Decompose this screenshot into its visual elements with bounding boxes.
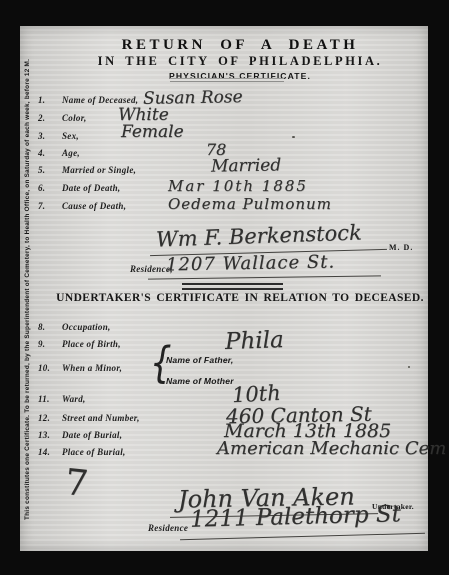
section-divider-double-rule: [182, 283, 283, 290]
value-date-of-death: Mar 10th 1885: [168, 179, 308, 194]
field-label: Name of Deceased,: [62, 95, 138, 105]
md-suffix: M. D.: [389, 243, 413, 252]
field-label: Date of Burial,: [62, 430, 122, 440]
side-margin-note: This constitutes one Certificate. To be …: [24, 40, 38, 538]
residence-line: [148, 275, 381, 280]
value-sex: Female: [121, 124, 184, 141]
field-number: 10.: [38, 363, 62, 373]
heading-double-rule: [170, 78, 284, 82]
undertaker-certificate-heading: UNDERTAKER'S CERTIFICATE IN RELATION TO …: [54, 292, 426, 304]
field-label: Place of Burial,: [62, 447, 126, 457]
field-row-date-of-burial: 13.Date of Burial,: [38, 430, 122, 440]
field-row-name-of-deceased: 1.Name of Deceased,: [38, 95, 138, 105]
field-label: Color,: [62, 113, 87, 123]
field-number: 5.: [38, 165, 62, 175]
value-place-of-birth: Phila: [225, 329, 284, 354]
field-label: Ward,: [62, 394, 86, 404]
undertaker-residence-line: [180, 533, 425, 541]
field-number: 11.: [38, 394, 62, 404]
field-number: 13.: [38, 430, 62, 440]
undertaker-residence-label: Residence: [148, 523, 188, 533]
value-married-or-single: Married: [211, 157, 281, 175]
undertaker-residence-value: 1211 Palethorp St: [190, 503, 401, 532]
field-number: 14.: [38, 447, 62, 457]
field-label: Age,: [62, 148, 80, 158]
field-row-married-or-single: 5.Married or Single,: [38, 165, 136, 175]
scanned-photo-frame: This constitutes one Certificate. To be …: [0, 0, 449, 575]
field-row-when-a-minor: 10.When a Minor, { Name of Father, Name …: [38, 353, 398, 393]
field-row-occupation: 8.Occupation,: [38, 322, 111, 332]
physician-residence-value: 1207 Wallace St.: [166, 254, 335, 275]
field-number: 6.: [38, 183, 62, 193]
field-row-place-of-birth: 9.Place of Birth,: [38, 339, 121, 349]
field-label: When a Minor,: [62, 363, 122, 373]
physician-signature: Wm F. Berkenstock: [156, 222, 362, 250]
field-label: Occupation,: [62, 322, 111, 332]
field-number: 3.: [38, 131, 62, 141]
field-row-date-of-death: 6.Date of Death,: [38, 183, 120, 193]
value-place-of-burial: American Mechanic Cem: [217, 440, 446, 458]
field-number: 9.: [38, 339, 62, 349]
field-row-sex: 3.Sex,: [38, 131, 79, 141]
field-number-and-label: 10.When a Minor,: [38, 363, 122, 373]
noise-speck: [408, 366, 410, 368]
field-label: Cause of Death,: [62, 201, 126, 211]
field-label: Street and Number,: [62, 413, 140, 423]
document-subtitle: IN THE CITY OF PHILADELPHIA.: [54, 54, 426, 69]
field-label: Married or Single,: [62, 165, 136, 175]
margin-number: 7: [63, 465, 90, 503]
field-number: 4.: [38, 148, 62, 158]
field-label: Place of Birth,: [62, 339, 121, 349]
value-cause-of-death: Oedema Pulmonum: [168, 197, 332, 212]
field-number: 8.: [38, 322, 62, 332]
name-of-father-label: Name of Father,: [166, 355, 233, 365]
field-row-ward: 11.Ward,: [38, 394, 86, 404]
noise-speck: [292, 136, 295, 138]
document-title: RETURN OF A DEATH: [54, 37, 426, 54]
field-row-age: 4.Age,: [38, 148, 80, 158]
field-row-color: 2.Color,: [38, 113, 87, 123]
field-label: Sex,: [62, 131, 79, 141]
field-row-cause-of-death: 7.Cause of Death,: [38, 201, 126, 211]
field-number: 12.: [38, 413, 62, 423]
field-number: 1.: [38, 95, 62, 105]
field-number: 7.: [38, 201, 62, 211]
field-label: Date of Death,: [62, 183, 120, 193]
name-of-mother-label: Name of Mother: [166, 376, 234, 386]
field-row-street-and-number: 12.Street and Number,: [38, 413, 140, 423]
field-row-place-of-burial: 14.Place of Burial,: [38, 447, 126, 457]
death-certificate-document: This constitutes one Certificate. To be …: [20, 26, 428, 551]
field-number: 2.: [38, 113, 62, 123]
